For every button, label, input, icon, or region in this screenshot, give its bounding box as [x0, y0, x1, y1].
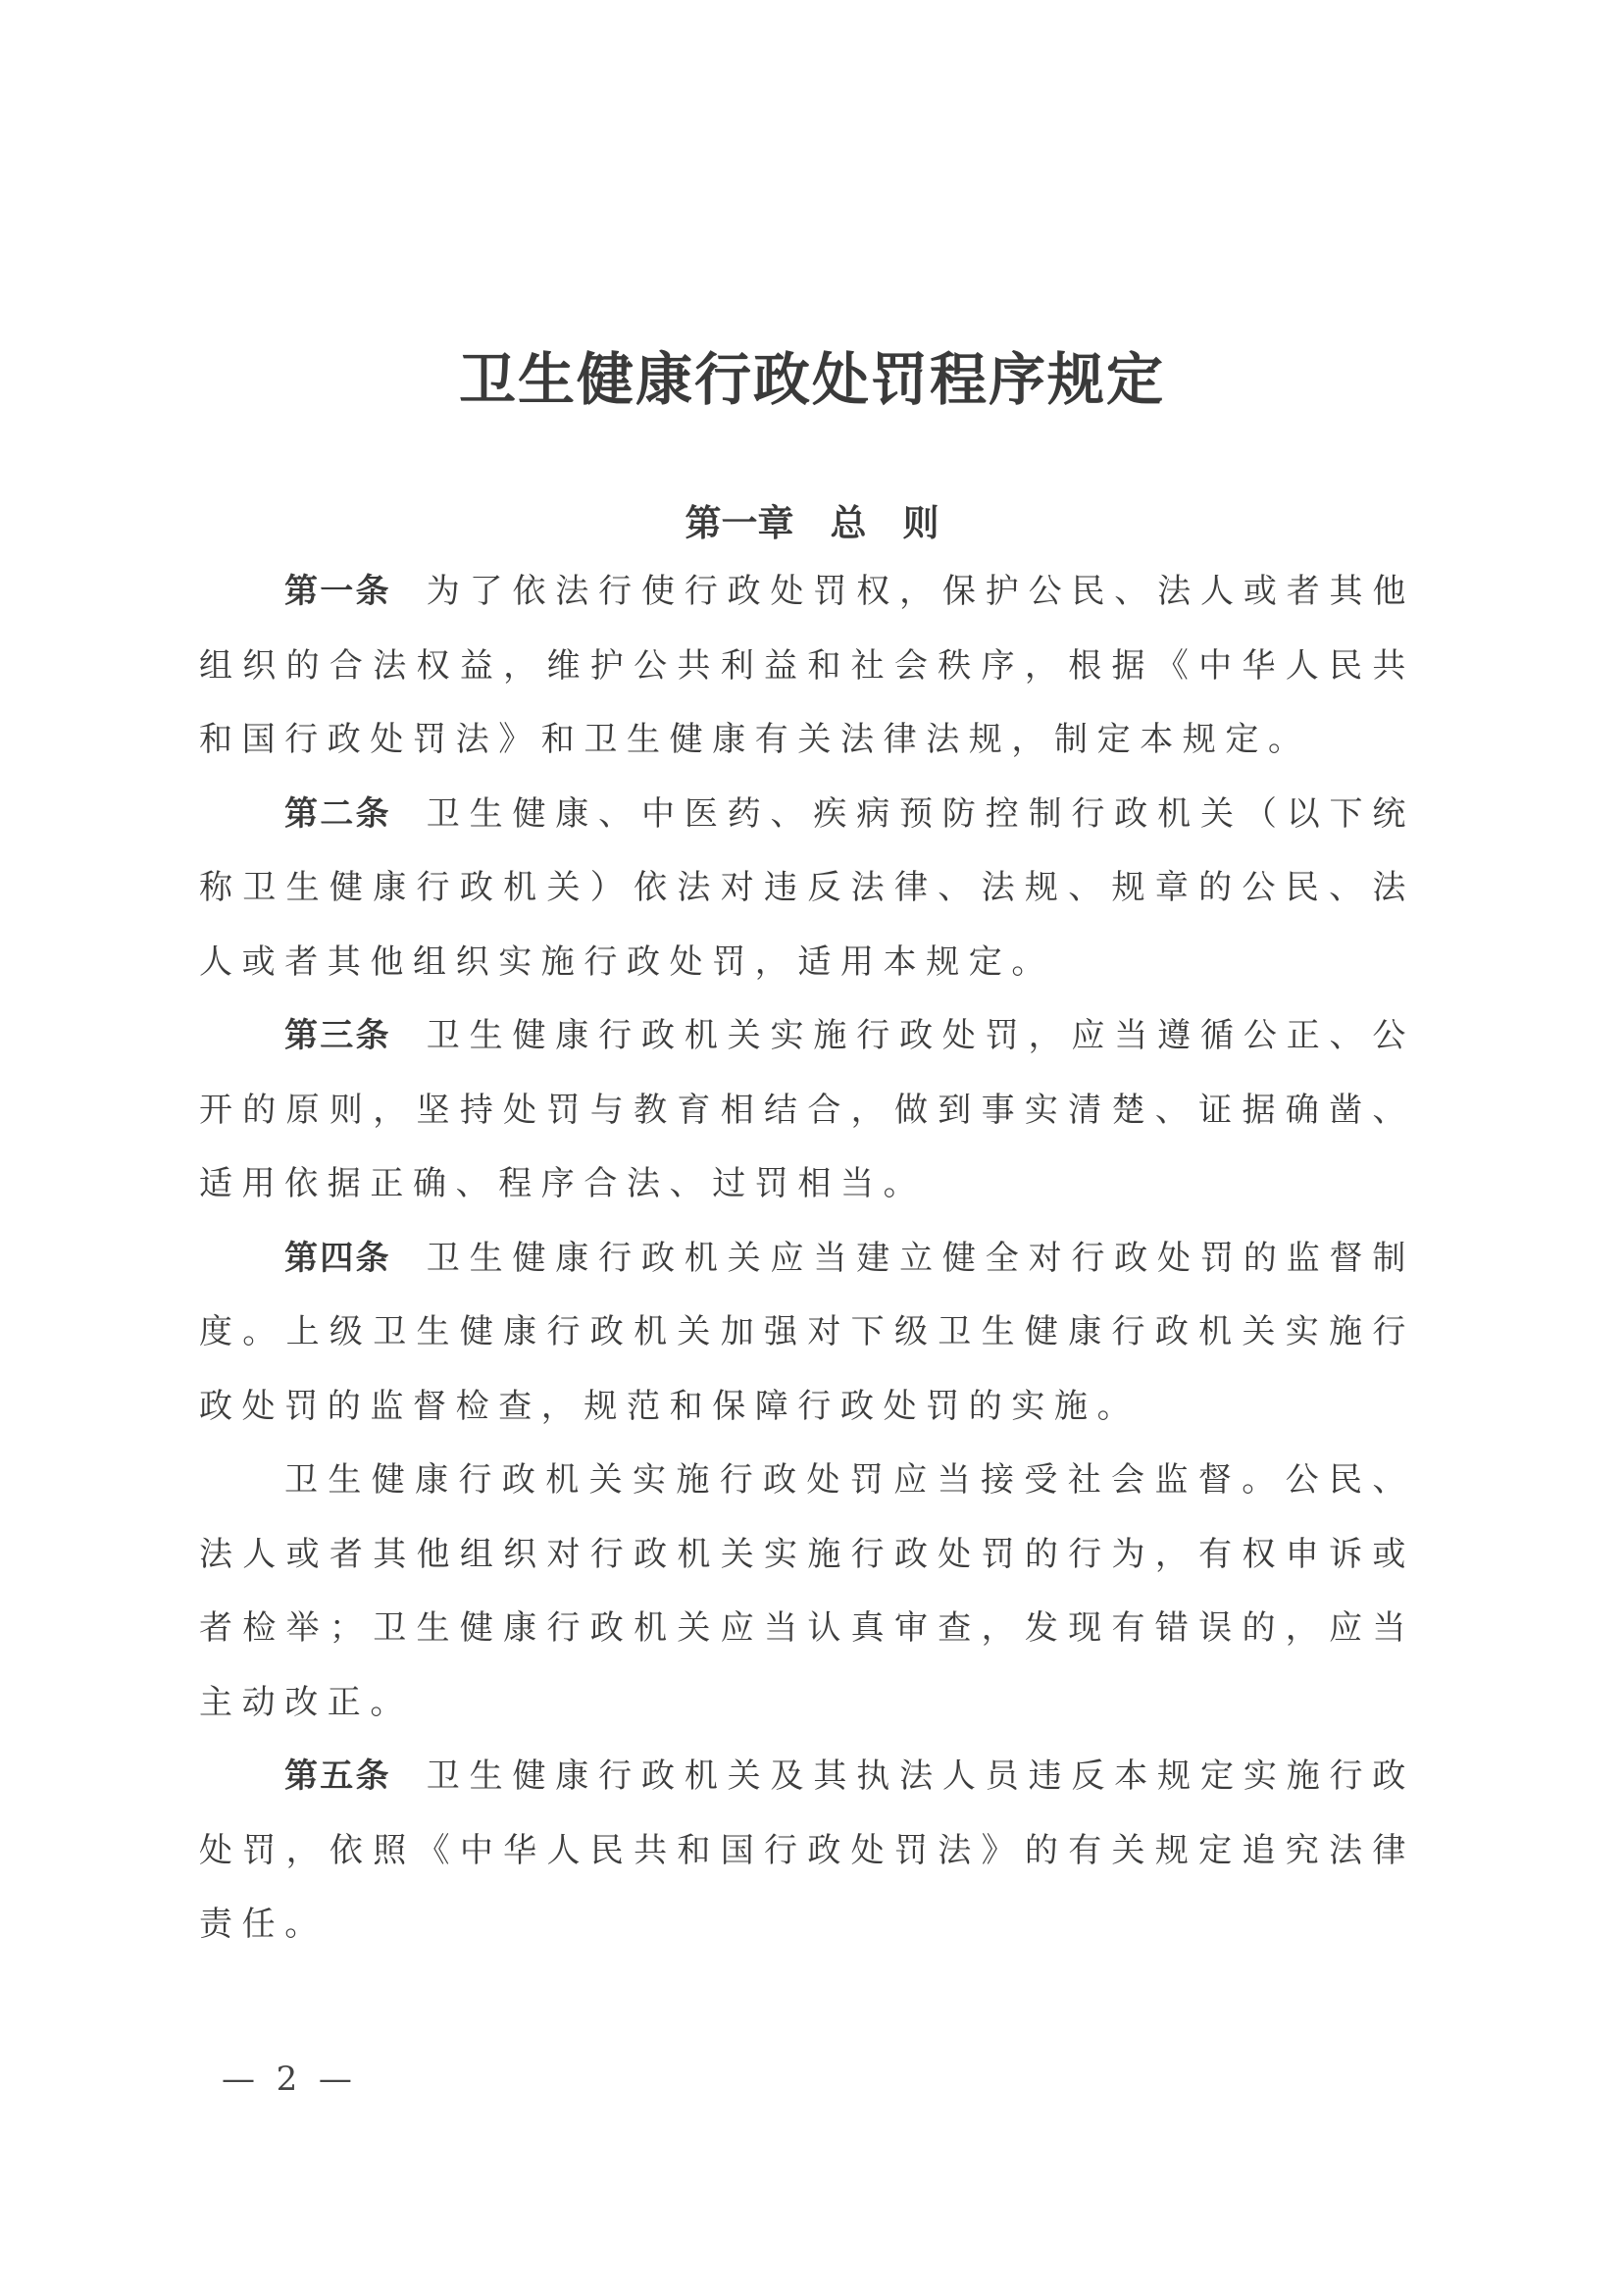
article-4-paragraph-2: 卫生健康行政机关实施行政处罚应当接受社会监督。公民、法人或者其他组织对行政机关实…: [199, 1444, 1415, 1740]
article-2: 第二条卫生健康、中医药、疾病预防控制行政机关（以下统称卫生健康行政机关）依法对违…: [199, 778, 1415, 1000]
chapter-heading: 第一章 总 则: [0, 498, 1624, 547]
article-label: 第五条: [284, 1756, 391, 1796]
document-body: 第一条为了依法行使行政处罚权，保护公民、法人或者其他组织的合法权益，维护公共利益…: [199, 555, 1415, 1962]
page-number: — 2 —: [222, 2058, 352, 2101]
article-label: 第一条: [284, 572, 391, 611]
article-text: 卫生健康行政机关实施行政处罚应当接受社会监督。公民、法人或者其他组织对行政机关实…: [199, 1460, 1415, 1722]
article-label: 第二条: [284, 794, 391, 834]
article-label: 第四条: [284, 1239, 391, 1278]
page-title: 卫生健康行政处罚程序规定: [0, 345, 1624, 414]
article-5: 第五条卫生健康行政机关及其执法人员违反本规定实施行政处罚，依照《中华人民共和国行…: [199, 1740, 1415, 1962]
article-label: 第三条: [284, 1016, 391, 1055]
article-3: 第三条卫生健康行政机关实施行政处罚，应当遵循公正、公开的原则，坚持处罚与教育相结…: [199, 999, 1415, 1222]
article-4: 第四条卫生健康行政机关应当建立健全对行政处罚的监督制度。上级卫生健康行政机关加强…: [199, 1222, 1415, 1445]
article-1: 第一条为了依法行使行政处罚权，保护公民、法人或者其他组织的合法权益，维护公共利益…: [199, 555, 1415, 778]
